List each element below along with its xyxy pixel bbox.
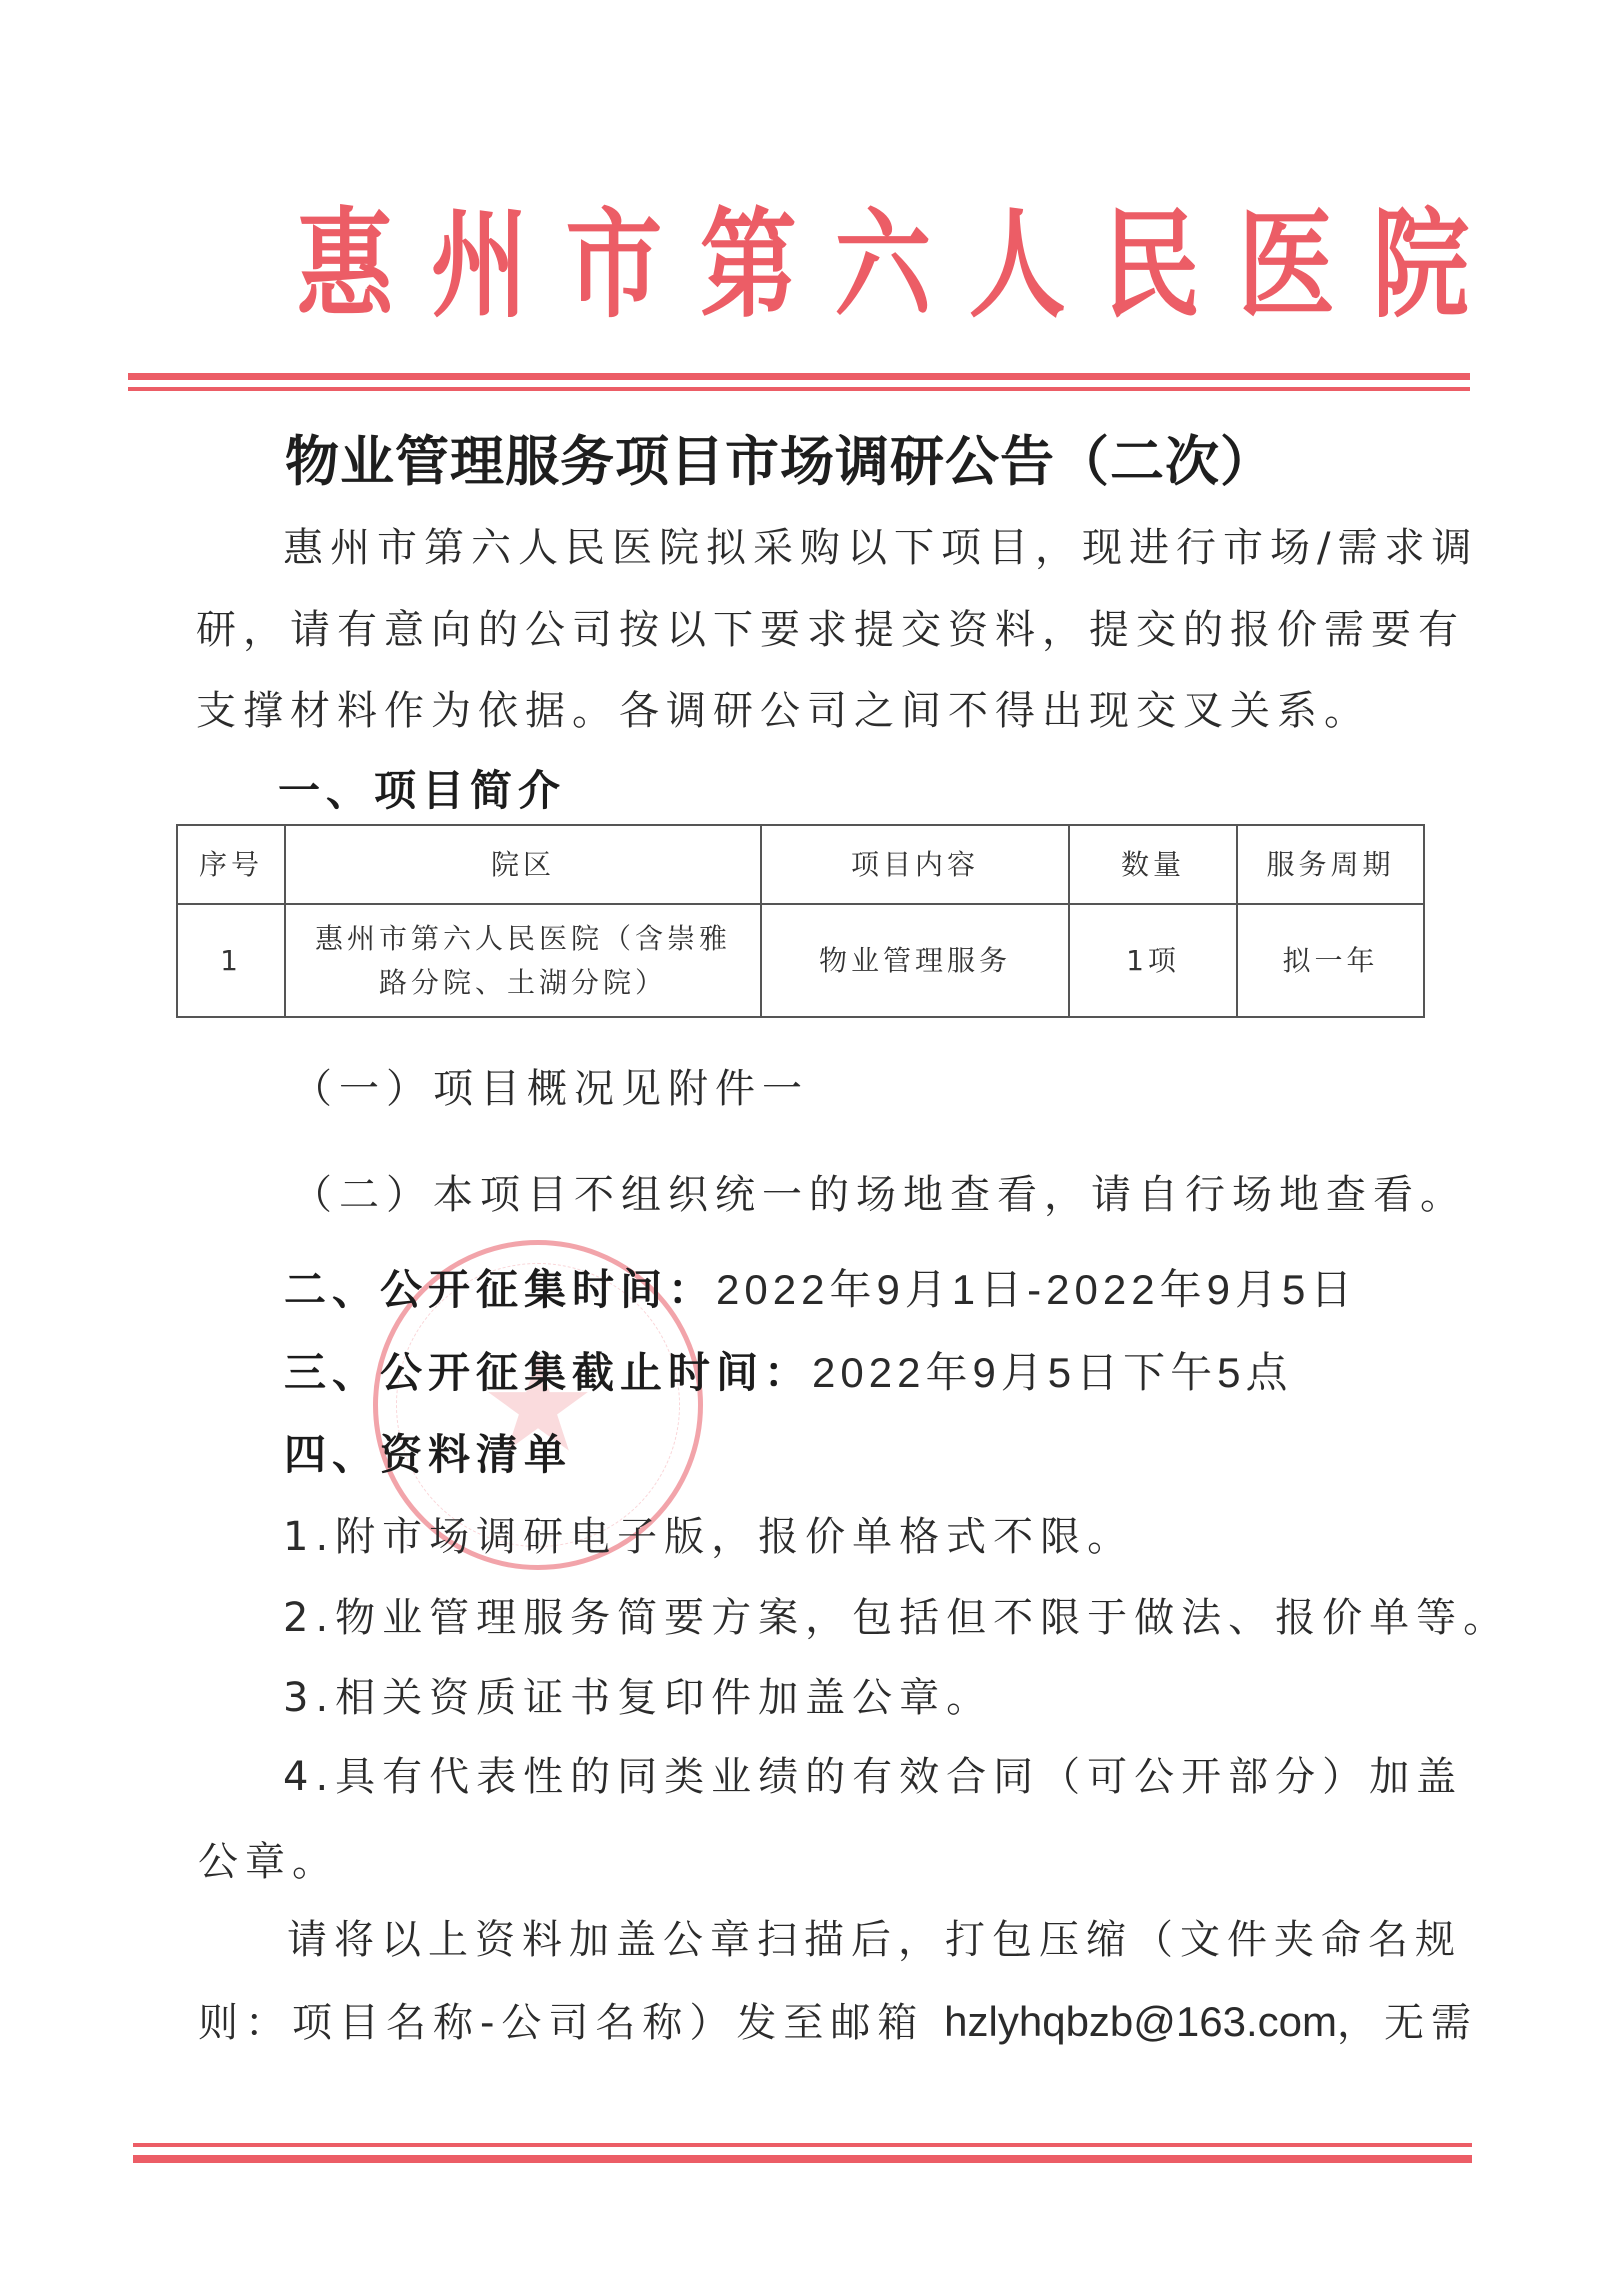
section-3-value: 2022年9月5日下午5点 — [812, 1349, 1293, 1396]
section-2-value: 2022年9月1日-2022年9月5日 — [716, 1266, 1357, 1313]
cell-no: 1 — [177, 904, 285, 1017]
intro-line-3: 支撑材料作为依据。各调研公司之间不得出现交叉关系。 — [196, 686, 1371, 736]
intro-line-2: 研，请有意向的公司按以下要求提交资料，提交的报价需要有 — [196, 605, 1465, 655]
intro-line-1: 惠州市第六人民医院拟采购以下项目，现进行市场/需求调 — [283, 523, 1478, 573]
cell-quantity: 1项 — [1069, 904, 1237, 1017]
table-row: 1 惠州市第六人民医院（含崇雅路分院、土湖分院） 物业管理服务 1项 拟一年 — [177, 904, 1424, 1017]
cell-period: 拟一年 — [1237, 904, 1424, 1017]
header-content: 项目内容 — [761, 825, 1069, 904]
header-rule-thick — [128, 373, 1470, 380]
closing-line-2-prefix: 则：项目名称-公司名称）发至邮箱 — [198, 2000, 944, 2046]
list-item-1: 1.附市场调研电子版，报价单格式不限。 — [283, 1512, 1134, 1562]
header-rule-thin — [128, 387, 1470, 391]
section-4-heading: 四、资料清单 — [284, 1429, 572, 1481]
list-item-4: 4.具有代表性的同类业绩的有效合同（可公开部分）加盖 — [283, 1752, 1463, 1802]
section-3-line: 三、公开征集截止时间：2022年9月5日下午5点 — [284, 1347, 1293, 1399]
closing-line-2-suffix: ，无需 — [1337, 2000, 1478, 2046]
letterhead-org-name: 惠州市第六人民医院 — [259, 190, 1341, 340]
header-campus: 院区 — [285, 825, 761, 904]
header-quantity: 数量 — [1069, 825, 1237, 904]
section-2-label: 二、公开征集时间： — [284, 1265, 716, 1314]
list-item-2: 2.物业管理服务简要方案，包括但不限于做法、报价单等。 — [283, 1593, 1510, 1643]
cell-content: 物业管理服务 — [761, 904, 1069, 1017]
footer-rule-thick — [133, 2155, 1472, 2163]
header-no: 序号 — [177, 825, 285, 904]
closing-line-1: 请将以上资料加盖公章扫描后，打包压缩（文件夹命名规 — [287, 1915, 1462, 1965]
section-1-note-1: （一）项目概况见附件一 — [292, 1064, 809, 1114]
list-item-3: 3.相关资质证书复印件加盖公章。 — [283, 1673, 993, 1723]
submission-email-link[interactable]: hzlyhqbzb@163.com — [944, 1998, 1337, 2045]
list-item-4-continued: 公章。 — [198, 1837, 339, 1887]
cell-campus: 惠州市第六人民医院（含崇雅路分院、土湖分院） — [285, 904, 761, 1017]
document-title: 物业管理服务项目市场调研公告（二次） — [160, 425, 1400, 497]
section-1-note-2: （二）本项目不组织统一的场地查看，请自行场地查看。 — [292, 1170, 1467, 1220]
closing-line-2: 则：项目名称-公司名称）发至邮箱 hzlyhqbzb@163.com，无需 — [198, 1997, 1478, 2048]
footer-rule-thin — [133, 2143, 1472, 2147]
table-header-row: 序号 院区 项目内容 数量 服务周期 — [177, 825, 1424, 904]
section-2-line: 二、公开征集时间：2022年9月1日-2022年9月5日 — [284, 1264, 1357, 1316]
project-summary-table: 序号 院区 项目内容 数量 服务周期 1 惠州市第六人民医院（含崇雅路分院、土湖… — [176, 824, 1425, 1018]
section-3-label: 三、公开征集截止时间： — [284, 1348, 812, 1397]
section-1-heading: 一、项目简介 — [278, 765, 566, 817]
header-period: 服务周期 — [1237, 825, 1424, 904]
